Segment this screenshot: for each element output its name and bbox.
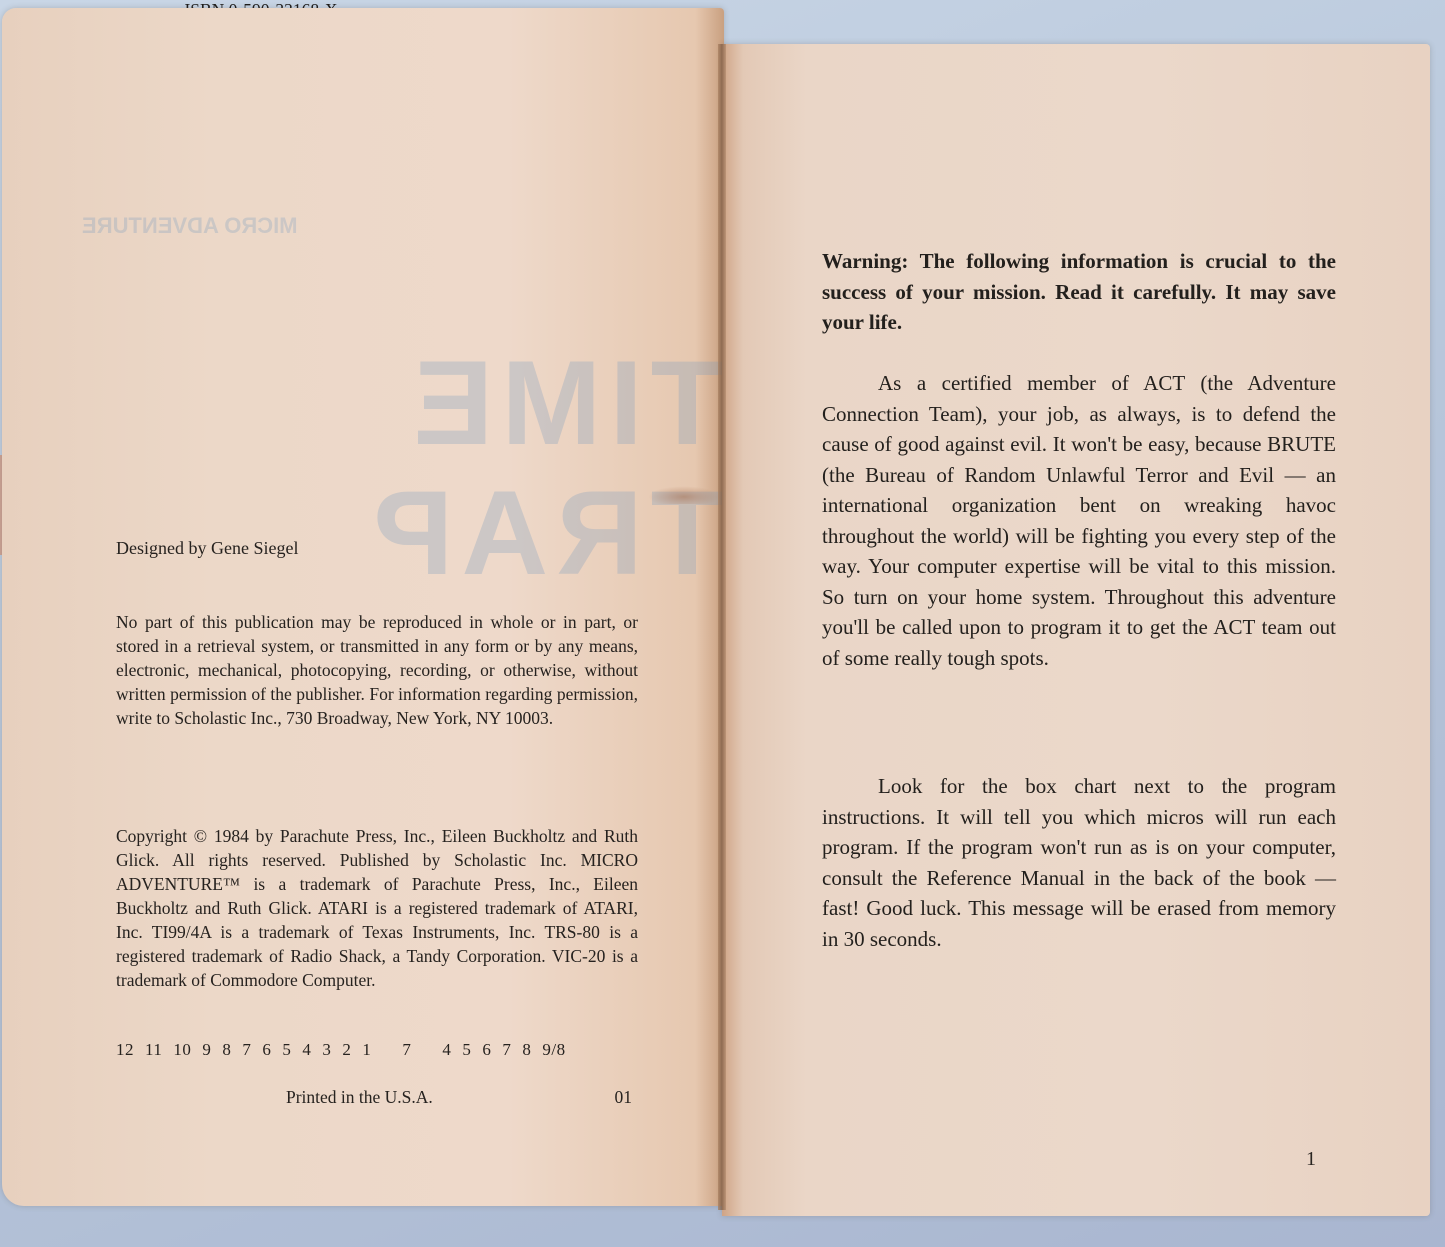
printing-number: 2 [342,1040,351,1059]
copyright-notice: Copyright © 1984 by Parachute Press, Inc… [116,824,638,992]
printing-number: 8 [222,1040,231,1059]
intro-paragraph-2: Look for the box chart next to the progr… [822,771,1336,954]
printing-number: 3 [322,1040,331,1059]
printing-code: 01 [615,1085,633,1109]
rights-notice: No part of this publication may be repro… [116,610,638,730]
printing-number: 7 [502,1040,511,1059]
printing-number: 10 [173,1040,191,1059]
paragraph: Look for the box chart next to the progr… [822,771,1336,954]
intro-paragraph-1: As a certified member of ACT (the Advent… [822,368,1336,673]
open-book: MICRO ADVENTURE TIME TRAP Designed by Ge… [0,0,1445,1247]
printing-number [422,1040,431,1059]
printing-number: 4 [442,1040,451,1059]
page-tear [648,486,720,504]
printing-number: 7 [402,1040,411,1059]
printing-number: 9 [202,1040,211,1059]
book-gutter [718,44,726,1210]
paragraph: As a certified member of ACT (the Advent… [822,368,1336,673]
printing-number: 6 [482,1040,491,1059]
printing-number: 1 [362,1040,371,1059]
printing-number: 4 [302,1040,311,1059]
warning-text: Warning: The following information is cr… [822,246,1336,338]
page-number: 1 [1306,1148,1316,1171]
printing-number: 12 [116,1040,134,1059]
printing-number: 11 [145,1040,162,1059]
printed-in: Printed in the U.S.A. [286,1085,433,1109]
printing-number [382,1040,391,1059]
printing-number: 8 [522,1040,531,1059]
printing-number: 5 [462,1040,471,1059]
printing-number: 7 [242,1040,251,1059]
printing-number-line: 121110987654321 7 456789/8 [116,1038,638,1062]
left-page: MICRO ADVENTURE TIME TRAP [2,8,724,1206]
printing-number: 9/8 [542,1040,565,1059]
designer-credit: Designed by Gene Siegel [116,536,638,560]
printing-number: 6 [262,1040,271,1059]
show-through-series: MICRO ADVENTURE [82,213,298,239]
printing-number: 5 [282,1040,291,1059]
